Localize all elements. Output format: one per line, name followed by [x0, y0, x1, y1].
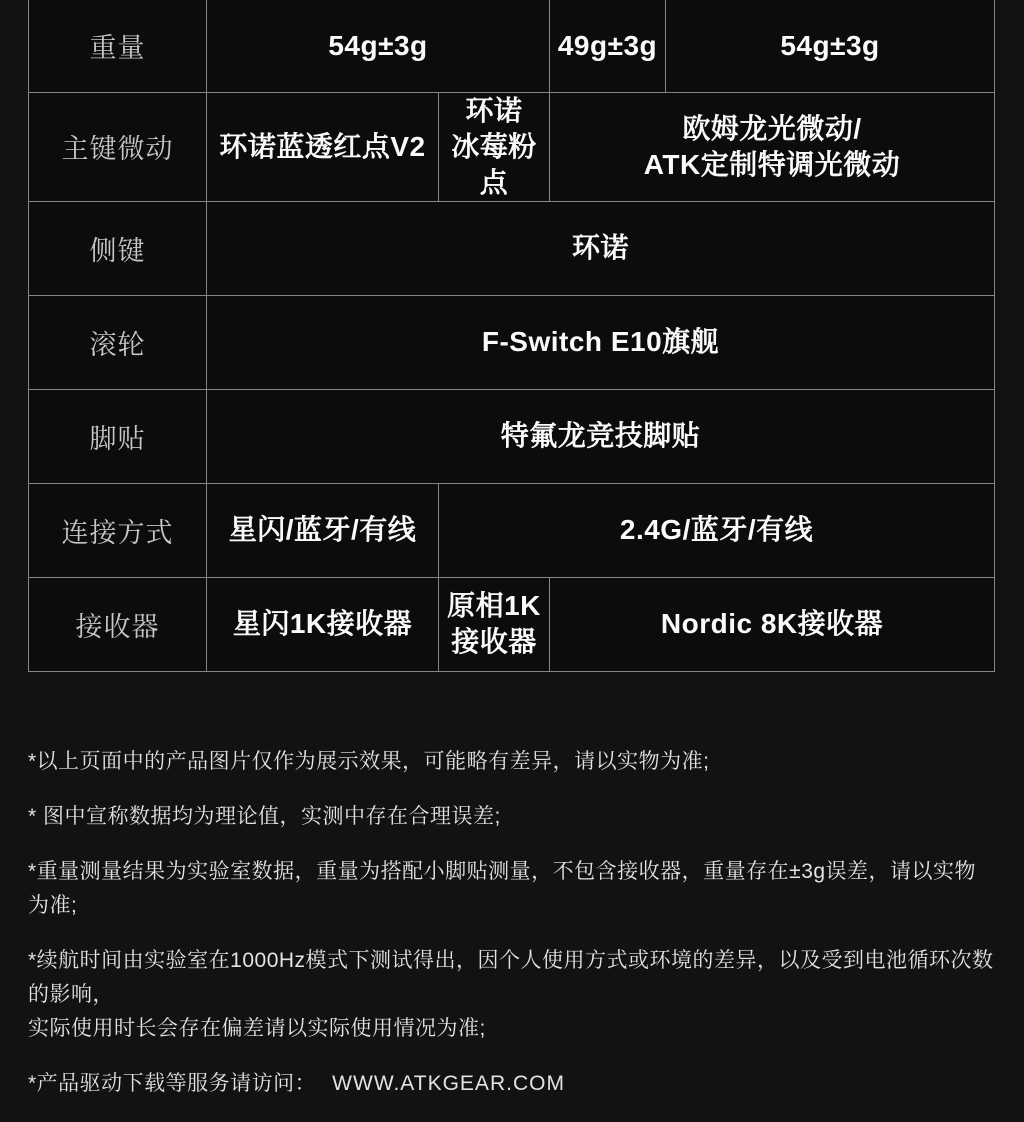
footnote-driver-prefix: *产品驱动下载等服务请访问：: [28, 1072, 316, 1095]
row-connection: 连接方式 星闪/蓝牙/有线 2.4G/蓝牙/有线: [29, 483, 995, 577]
side-buttons-value: 环诺: [207, 201, 995, 295]
row-label-side-buttons: 侧键: [29, 201, 207, 295]
main-switch-value-2: 环诺 冰莓粉点: [439, 92, 550, 201]
spec-sheet-page: 重量 54g±3g 49g±3g 54g±3g 主键微动 环诺蓝透红点V2 环诺…: [0, 0, 1024, 1122]
weight-value-1: 54g±3g: [207, 0, 550, 92]
main-switch-value-3: 欧姆龙光微动/ ATK定制特调光微动: [550, 92, 995, 201]
row-weight: 重量 54g±3g 49g±3g 54g±3g: [29, 0, 995, 92]
scroll-wheel-value: F-Switch E10旗舰: [207, 295, 995, 389]
row-receiver: 接收器 星闪1K接收器 原相1K 接收器 Nordic 8K接收器: [29, 577, 995, 671]
footnotes-section: *以上页面中的产品图片仅作为展示效果，可能略有差异，请以实物为准; * 图中宣称…: [28, 745, 994, 1122]
mouse-feet-value: 特氟龙竞技脚贴: [207, 389, 995, 483]
weight-value-2: 49g±3g: [550, 0, 666, 92]
receiver-value-1: 星闪1K接收器: [207, 577, 439, 671]
receiver-value-2: 原相1K 接收器: [439, 577, 550, 671]
connection-value-1: 星闪/蓝牙/有线: [207, 483, 439, 577]
website-url: WWW.ATKGEAR.COM: [332, 1072, 565, 1095]
spec-comparison-table: 重量 54g±3g 49g±3g 54g±3g 主键微动 环诺蓝透红点V2 环诺…: [28, 0, 995, 672]
row-label-connection: 连接方式: [29, 483, 207, 577]
footnote-weight-measurement: *重量测量结果为实验室数据，重量为搭配小脚贴测量，不包含接收器，重量存在±3g误…: [28, 855, 994, 923]
row-scroll-wheel: 滚轮 F-Switch E10旗舰: [29, 295, 995, 389]
row-label-main-switch: 主键微动: [29, 92, 207, 201]
footnote-product-images: *以上页面中的产品图片仅作为展示效果，可能略有差异，请以实物为准;: [28, 745, 994, 779]
row-label-receiver: 接收器: [29, 577, 207, 671]
weight-value-3: 54g±3g: [666, 0, 995, 92]
row-label-mouse-feet: 脚贴: [29, 389, 207, 483]
footnote-battery-life: *续航时间由实验室在1000Hz模式下测试得出，因个人使用方式或环境的差异，以及…: [28, 944, 994, 1046]
receiver-value-3: Nordic 8K接收器: [550, 577, 995, 671]
footnote-theoretical-values: * 图中宣称数据均为理论值，实测中存在合理误差;: [28, 800, 994, 834]
footnote-driver-download: *产品驱动下载等服务请访问：WWW.ATKGEAR.COM: [28, 1067, 994, 1101]
row-label-weight: 重量: [29, 0, 207, 92]
row-main-switch: 主键微动 环诺蓝透红点V2 环诺 冰莓粉点 欧姆龙光微动/ ATK定制特调光微动: [29, 92, 995, 201]
row-mouse-feet: 脚贴 特氟龙竞技脚贴: [29, 389, 995, 483]
row-label-scroll-wheel: 滚轮: [29, 295, 207, 389]
row-side-buttons: 侧键 环诺: [29, 201, 995, 295]
connection-value-2: 2.4G/蓝牙/有线: [439, 483, 995, 577]
main-switch-value-1: 环诺蓝透红点V2: [207, 92, 439, 201]
